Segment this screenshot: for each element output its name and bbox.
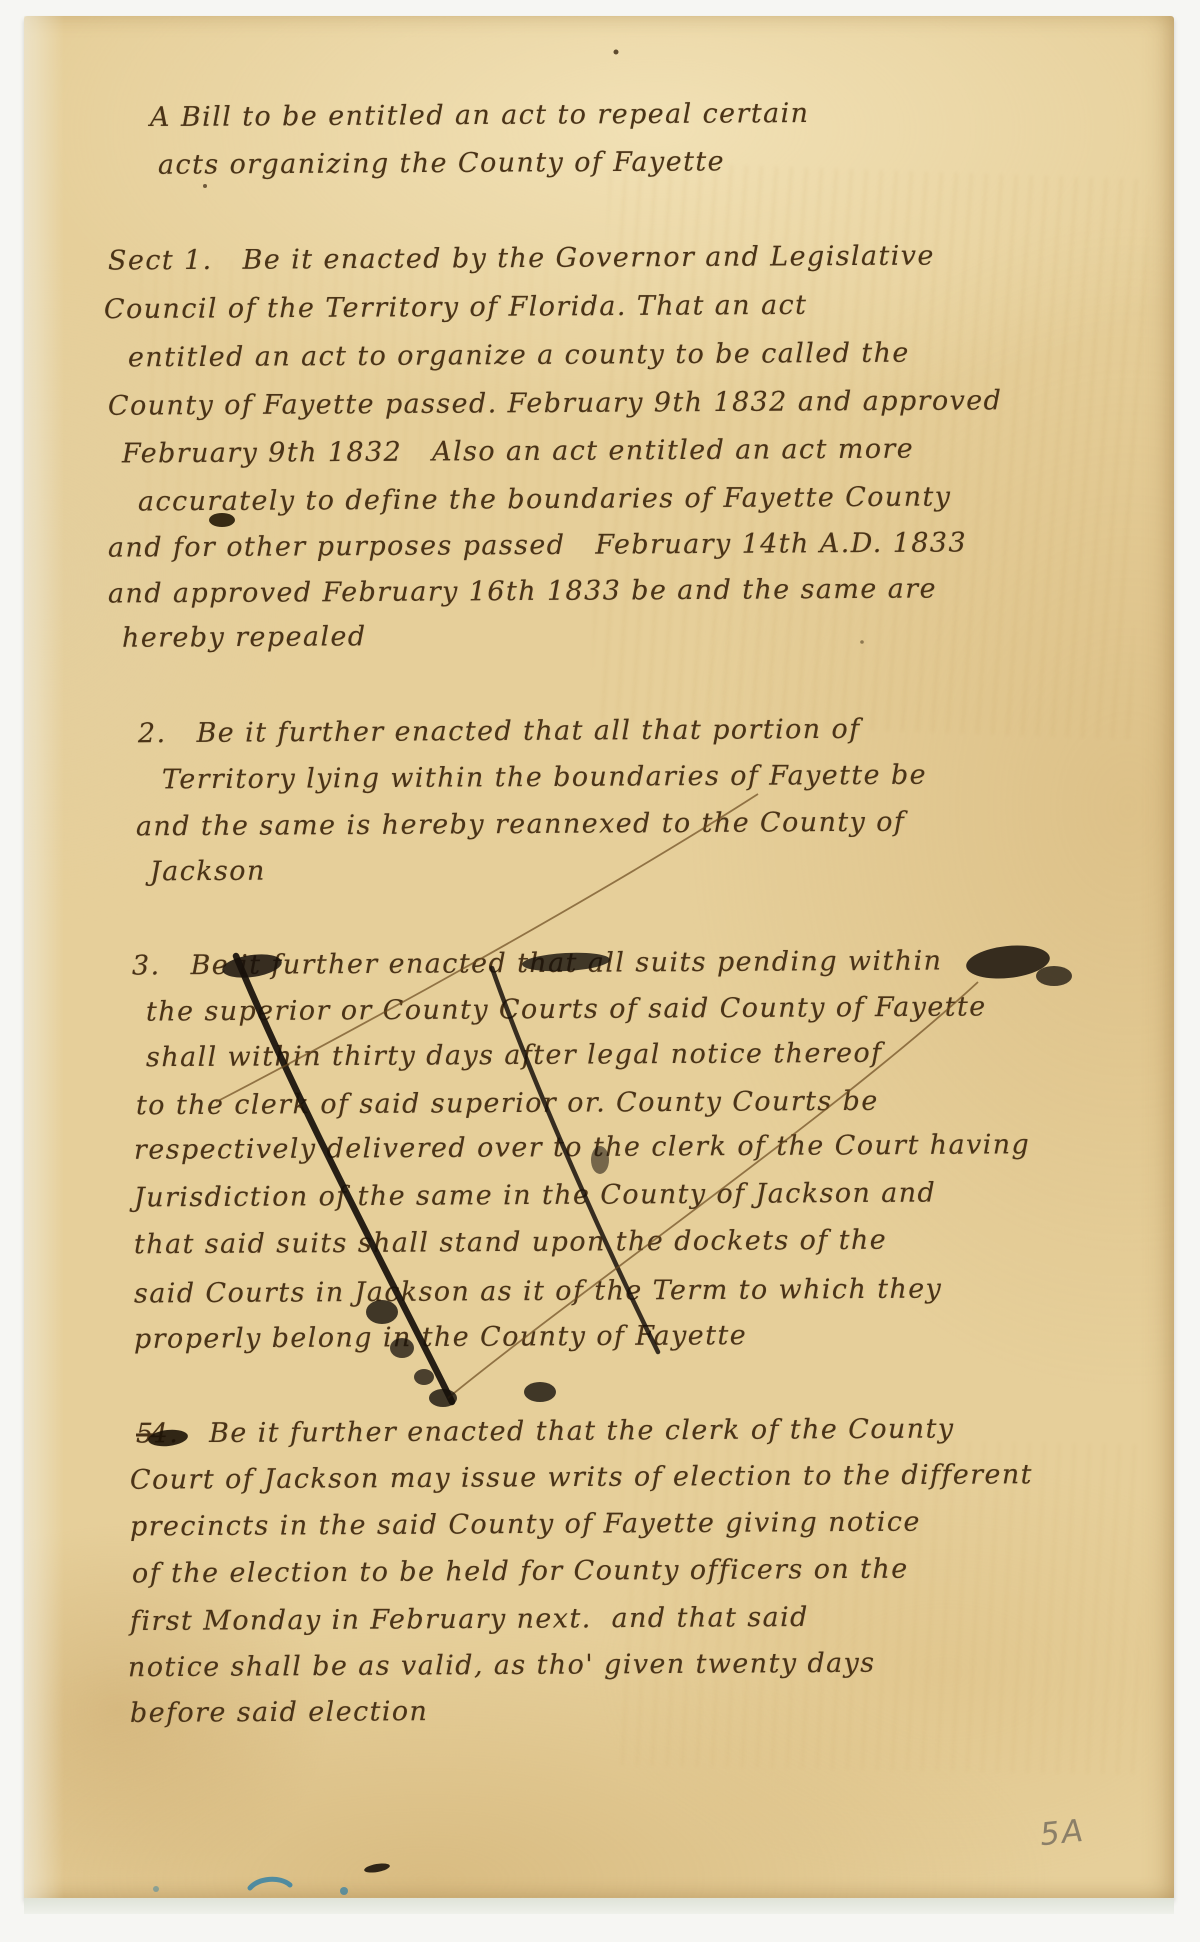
ink-speck <box>614 50 619 55</box>
ink-blot <box>147 1428 188 1448</box>
ink-dash <box>364 1862 391 1874</box>
blue-ink-mark <box>250 1879 290 1888</box>
blue-ink-dot <box>340 1887 348 1895</box>
ink-blot <box>366 1300 398 1324</box>
scanned-document: A Bill to be entitled an act to repeal c… <box>0 0 1200 1942</box>
ink-blot <box>414 1369 434 1385</box>
ink-blot <box>429 1389 457 1407</box>
ink-speck <box>203 184 207 188</box>
cross-out-hairline <box>216 794 758 1102</box>
ink-blot <box>221 951 283 981</box>
ink-blot <box>390 1338 414 1358</box>
ink-blot <box>1036 966 1072 986</box>
ink-speck <box>860 640 864 644</box>
cross-out-hairline <box>448 982 978 1398</box>
cross-out-stroke <box>492 968 658 1352</box>
cross-out-stroke <box>236 956 452 1402</box>
ink-blot <box>209 513 235 527</box>
ink-speck <box>298 1104 302 1108</box>
ink-marks-overlay <box>0 0 1200 1942</box>
ink-blot <box>524 1382 556 1402</box>
ink-blot <box>522 951 611 974</box>
blue-ink-dot <box>153 1886 159 1892</box>
ink-blot <box>591 1146 609 1174</box>
